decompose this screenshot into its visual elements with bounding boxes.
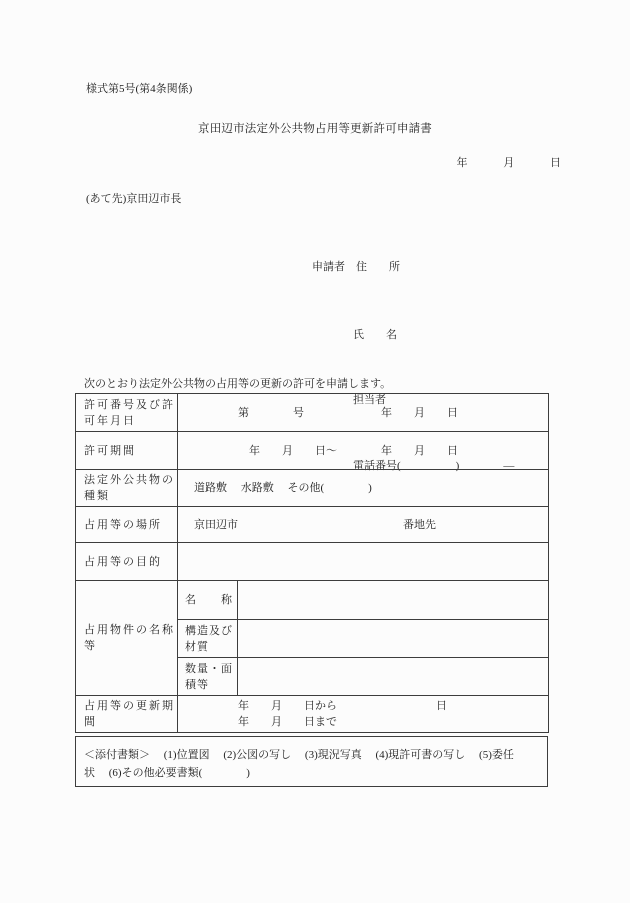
permit-number-label: 許可番号及び許 可年月日	[76, 394, 178, 432]
renewal-period-label: 占用等の更新期 間	[76, 696, 178, 733]
occupancy-location-label: 占用等の場所	[76, 507, 178, 543]
attachments-line-1: ＜添付書類＞ (1)位置図 (2)公図の写し (3)現況写真 (4)現許可書の写…	[84, 746, 539, 764]
object-quantity-label: 数量・面 積等	[178, 658, 238, 696]
page-title: 京田辺市法定外公共物占用等更新許可申請書	[0, 122, 630, 137]
applicant-address-line: 申請者 住 所	[312, 260, 514, 275]
application-form-page: 様式第5号(第4条関係) 京田辺市法定外公共物占用等更新許可申請書 年 月 日 …	[0, 0, 630, 903]
applicant-name-line: 氏 名	[353, 328, 514, 343]
occupancy-purpose-row: 占用等の目的	[76, 543, 549, 581]
occupancy-location-value: 京田辺市 番地先	[178, 507, 549, 543]
application-table: 許可番号及び許 可年月日 第 号 年 月 日 許可期間 年 月 日～ 年 月 日…	[75, 393, 549, 733]
renewal-period-row: 占用等の更新期 間 年 月 日から 日 年 月 日まで	[76, 696, 549, 733]
permit-period-row: 許可期間 年 月 日～ 年 月 日	[76, 432, 549, 470]
property-type-label: 法定外公共物の 種類	[76, 470, 178, 507]
permit-number-value: 第 号 年 月 日	[178, 394, 549, 432]
attachments-box: ＜添付書類＞ (1)位置図 (2)公図の写し (3)現況写真 (4)現許可書の写…	[75, 736, 548, 787]
object-structure-value	[238, 620, 549, 658]
permit-period-value: 年 月 日～ 年 月 日	[178, 432, 549, 470]
object-quantity-value	[238, 658, 549, 696]
date-line: 年 月 日	[0, 156, 630, 171]
permit-number-row: 許可番号及び許 可年月日 第 号 年 月 日	[76, 394, 549, 432]
renewal-period-value: 年 月 日から 日 年 月 日まで	[178, 696, 549, 733]
declaration-text: 次のとおり法定外公共物の占用等の更新の許可を申請します。	[84, 377, 391, 392]
attachments-line-2: 状 (6)その他必要書類( )	[84, 764, 539, 782]
property-type-value: 道路敷 水路敷 その他( )	[178, 470, 549, 507]
object-name-value	[238, 581, 549, 620]
object-name-label: 名 称	[178, 581, 238, 620]
form-number: 様式第5号(第4条関係)	[86, 82, 192, 97]
property-type-row: 法定外公共物の 種類 道路敷 水路敷 その他( )	[76, 470, 549, 507]
occupancy-purpose-label: 占用等の目的	[76, 543, 178, 581]
object-group-label: 占用物件の名称 等	[76, 581, 178, 696]
object-structure-label: 構造及び 材質	[178, 620, 238, 658]
occupancy-purpose-value	[178, 543, 549, 581]
occupancy-location-row: 占用等の場所 京田辺市 番地先	[76, 507, 549, 543]
permit-period-label: 許可期間	[76, 432, 178, 470]
object-name-row: 占用物件の名称 等 名 称	[76, 581, 549, 620]
addressee-line: (あて先)京田辺市長	[86, 192, 181, 207]
